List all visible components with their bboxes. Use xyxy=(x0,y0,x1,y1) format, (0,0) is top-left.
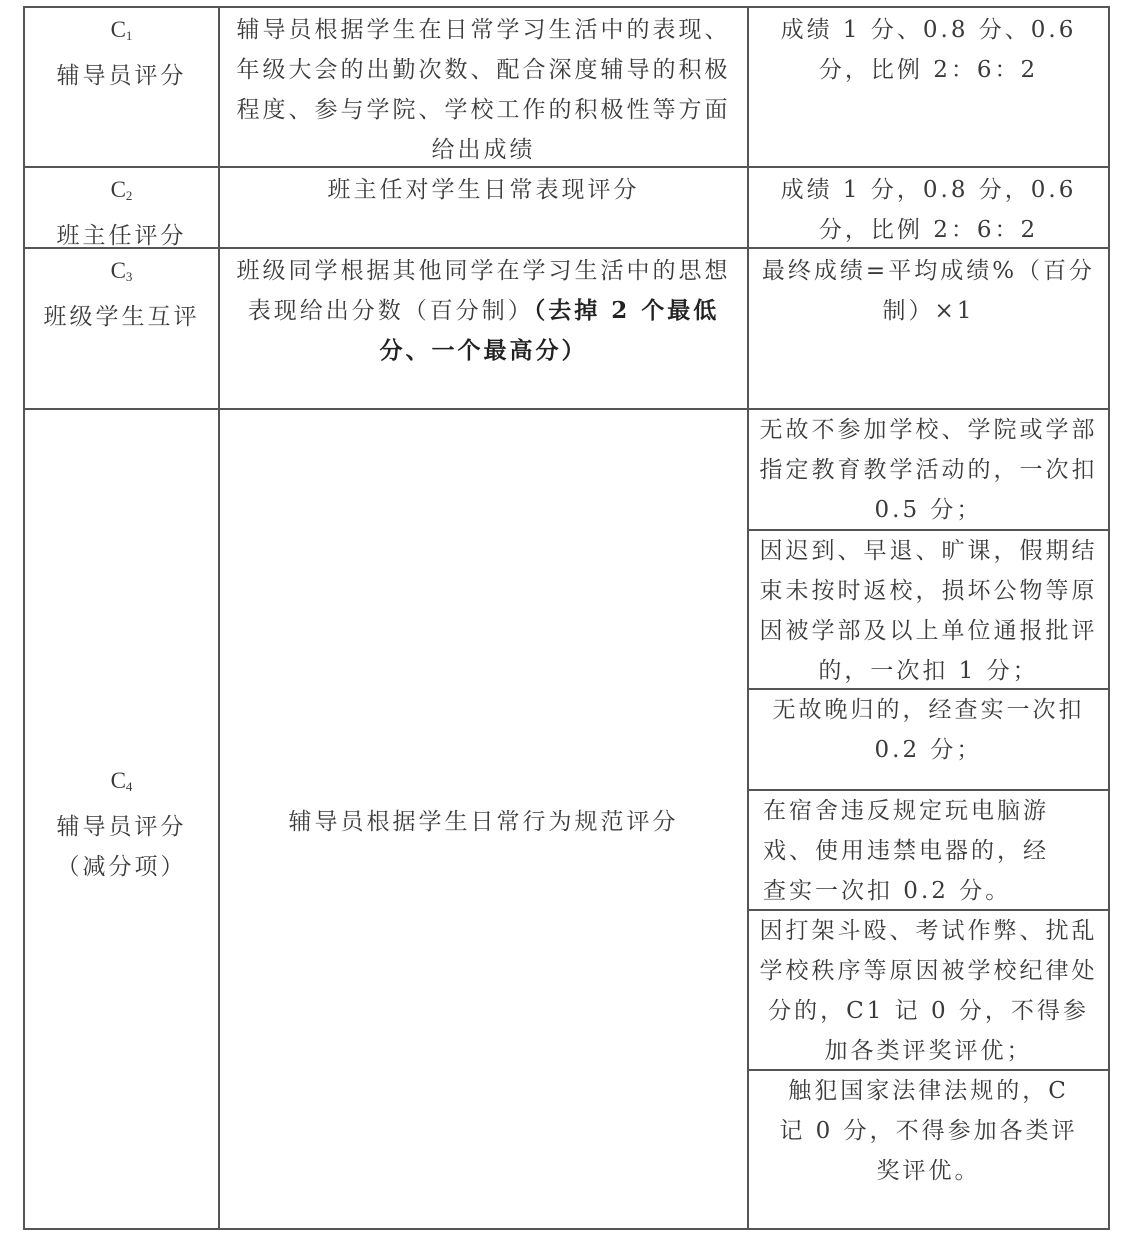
deduction-text: 无故不参加学校、学院或学部指定教育教学活动的，一次扣 0.5 分； xyxy=(760,417,1098,523)
row2-item: C2 班主任评分 xyxy=(25,170,218,256)
row3-scoring: 最终成绩=平均成绩%（百分制）×1 xyxy=(749,251,1108,331)
row1-item: C1 辅导员评分 xyxy=(25,10,218,96)
deduction-text: 无故晚归的，经查实一次扣 0.2 分； xyxy=(773,697,1085,763)
item-code: C2 xyxy=(35,170,208,216)
scoring-text: 成绩 1 分、0.8 分、0.6 分，比例 2：6：2 xyxy=(781,17,1077,83)
deduction-rule-6: 触犯国家法律法规的，C 记 0 分，不得参加各类评奖评优。 xyxy=(749,1071,1108,1191)
row4-item: C4 辅导员评分 （减分项） xyxy=(25,761,218,887)
item-name: 辅导员评分 xyxy=(57,63,187,89)
deduction-rule-3: 无故晚归的，经查实一次扣 0.2 分； xyxy=(749,690,1108,770)
scoring-text: 最终成绩=平均成绩%（百分制）×1 xyxy=(762,258,1095,324)
deduction-rule-1: 无故不参加学校、学院或学部指定教育教学活动的，一次扣 0.5 分； xyxy=(749,410,1108,530)
item-code: C4 xyxy=(35,761,208,807)
deduction-rule-5: 因打架斗殴、考试作弊、扰乱学校秩序等原因被学校纪律处分的，C1 记 0 分，不得… xyxy=(749,911,1108,1071)
item-name-note: （减分项） xyxy=(57,854,187,880)
row4-description: 辅导员根据学生日常行为规范评分 xyxy=(220,802,747,842)
row1-scoring: 成绩 1 分、0.8 分、0.6 分，比例 2：6：2 xyxy=(749,10,1108,90)
deduction-text: 触犯国家法律法规的，C 记 0 分，不得参加各类评奖评优。 xyxy=(779,1078,1077,1184)
description-text: 辅导员根据学生在日常学习生活中的表现、年级大会的出勤次数、配合深度辅导的积极程度… xyxy=(237,17,731,163)
description-text: 辅导员根据学生日常行为规范评分 xyxy=(289,809,679,835)
item-code: C1 xyxy=(35,10,208,56)
item-name: 班级学生互评 xyxy=(44,304,200,330)
deduction-text: 在宿舍违反规定玩电脑游戏、使用违禁电器的，经查实一次扣 0.2 分。 xyxy=(763,798,1049,904)
item-name: 辅导员评分 xyxy=(35,807,208,847)
row1-description: 辅导员根据学生在日常学习生活中的表现、年级大会的出勤次数、配合深度辅导的积极程度… xyxy=(220,10,747,170)
scoring-text: 成绩 1 分，0.8 分，0.6 分，比例 2：6：2 xyxy=(781,177,1077,243)
row2-description: 班主任对学生日常表现评分 xyxy=(220,170,747,210)
row3-item: C3 班级学生互评 xyxy=(25,251,218,337)
item-name: 班主任评分 xyxy=(57,223,187,249)
deduction-text: 因打架斗殴、考试作弊、扰乱学校秩序等原因被学校纪律处分的，C1 记 0 分，不得… xyxy=(760,918,1098,1064)
description-text: 班主任对学生日常表现评分 xyxy=(328,177,640,203)
deduction-rule-2: 因迟到、早退、旷课，假期结束未按时返校，损坏公物等原因被学部及以上单位通报批评的… xyxy=(749,531,1108,691)
row2-scoring: 成绩 1 分，0.8 分，0.6 分，比例 2：6：2 xyxy=(749,170,1108,250)
deduction-rule-4: 在宿舍违反规定玩电脑游戏、使用违禁电器的，经查实一次扣 0.2 分。 xyxy=(749,791,1079,911)
row3-description: 班级同学根据其他同学在学习生活中的思想表现给出分数（百分制）（去掉 2 个最低分… xyxy=(220,251,747,371)
evaluation-table: C1 辅导员评分 辅导员根据学生在日常学习生活中的表现、年级大会的出勤次数、配合… xyxy=(23,6,1110,1230)
deduction-text: 因迟到、早退、旷课，假期结束未按时返校，损坏公物等原因被学部及以上单位通报批评的… xyxy=(760,538,1098,684)
item-code: C3 xyxy=(35,251,208,297)
